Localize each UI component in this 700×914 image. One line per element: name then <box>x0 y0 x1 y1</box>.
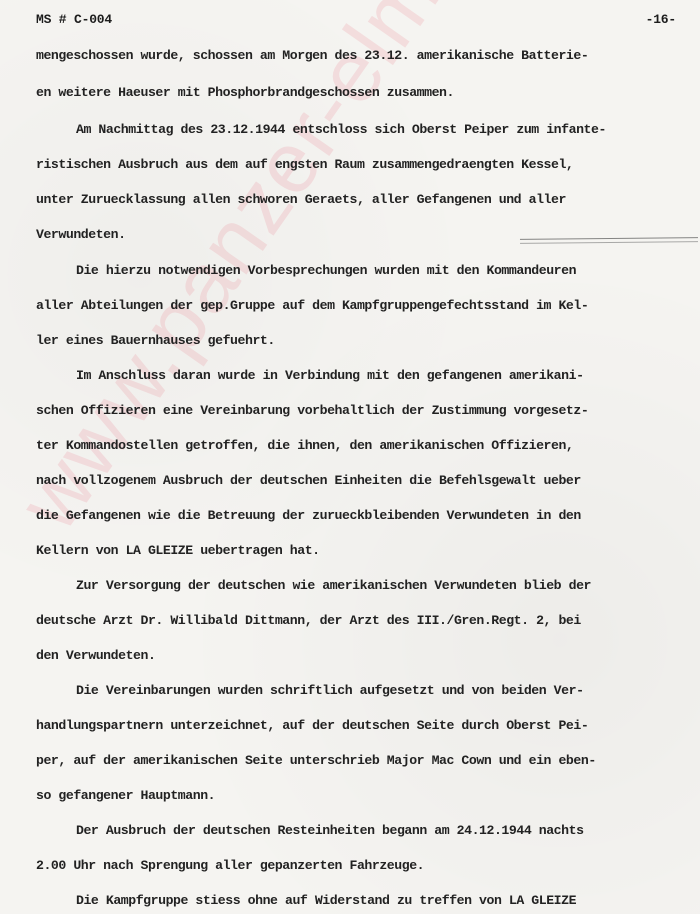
text-line: handlungspartnern unterzeichnet, auf der… <box>36 718 588 734</box>
text-line: mengeschossen wurde, schossen am Morgen … <box>36 48 588 64</box>
text-line: 2.00 Uhr nach Sprengung aller gepanzerte… <box>36 858 424 874</box>
text-line: schen Offizieren eine Vereinbarung vorbe… <box>36 403 588 419</box>
document-page: www.panzer-elmito.org MS # C-004 -16- me… <box>0 0 700 914</box>
text-line: deutsche Arzt Dr. Willibald Dittmann, de… <box>36 613 581 629</box>
text-line: ler eines Bauernhauses gefuehrt. <box>36 333 275 349</box>
text-line: den Verwundeten. <box>36 648 155 664</box>
text-line: Die Kampfgruppe stiess ohne auf Widersta… <box>76 893 576 909</box>
text-line: aller Abteilungen der gep.Gruppe auf dem… <box>36 298 588 314</box>
text-line: Der Ausbruch der deutschen Resteinheiten… <box>76 823 584 839</box>
text-line: die Gefangenen wie die Betreuung der zur… <box>36 508 581 524</box>
text-line: Im Anschluss daran wurde in Verbindung m… <box>76 368 584 384</box>
text-line: ter Kommandostellen getroffen, die ihnen… <box>36 438 573 454</box>
text-line: Verwundeten. <box>36 227 126 243</box>
pen-stroke-mark <box>520 237 698 244</box>
text-line: Am Nachmittag des 23.12.1944 entschloss … <box>76 122 606 138</box>
manuscript-number: MS # C-004 <box>36 12 112 27</box>
text-line: ristischen Ausbruch aus dem auf engsten … <box>36 157 573 173</box>
text-line: Die Vereinbarungen wurden schriftlich au… <box>76 683 584 699</box>
text-line: nach vollzogenem Ausbruch der deutschen … <box>36 473 581 489</box>
text-line: so gefangener Hauptmann. <box>36 788 215 804</box>
text-line: en weitere Haeuser mit Phosphorbrandgesc… <box>36 85 454 101</box>
page-header: MS # C-004 -16- <box>36 12 676 32</box>
text-line: per, auf der amerikanischen Seite unters… <box>36 753 596 769</box>
text-line: Kellern von LA GLEIZE uebertragen hat. <box>36 543 320 559</box>
text-line: unter Zuruecklassung allen schworen Gera… <box>36 192 566 208</box>
text-line: Die hierzu notwendigen Vorbesprechungen … <box>76 263 576 279</box>
page-number: -16- <box>646 12 676 27</box>
text-line: Zur Versorgung der deutschen wie amerika… <box>76 578 591 594</box>
